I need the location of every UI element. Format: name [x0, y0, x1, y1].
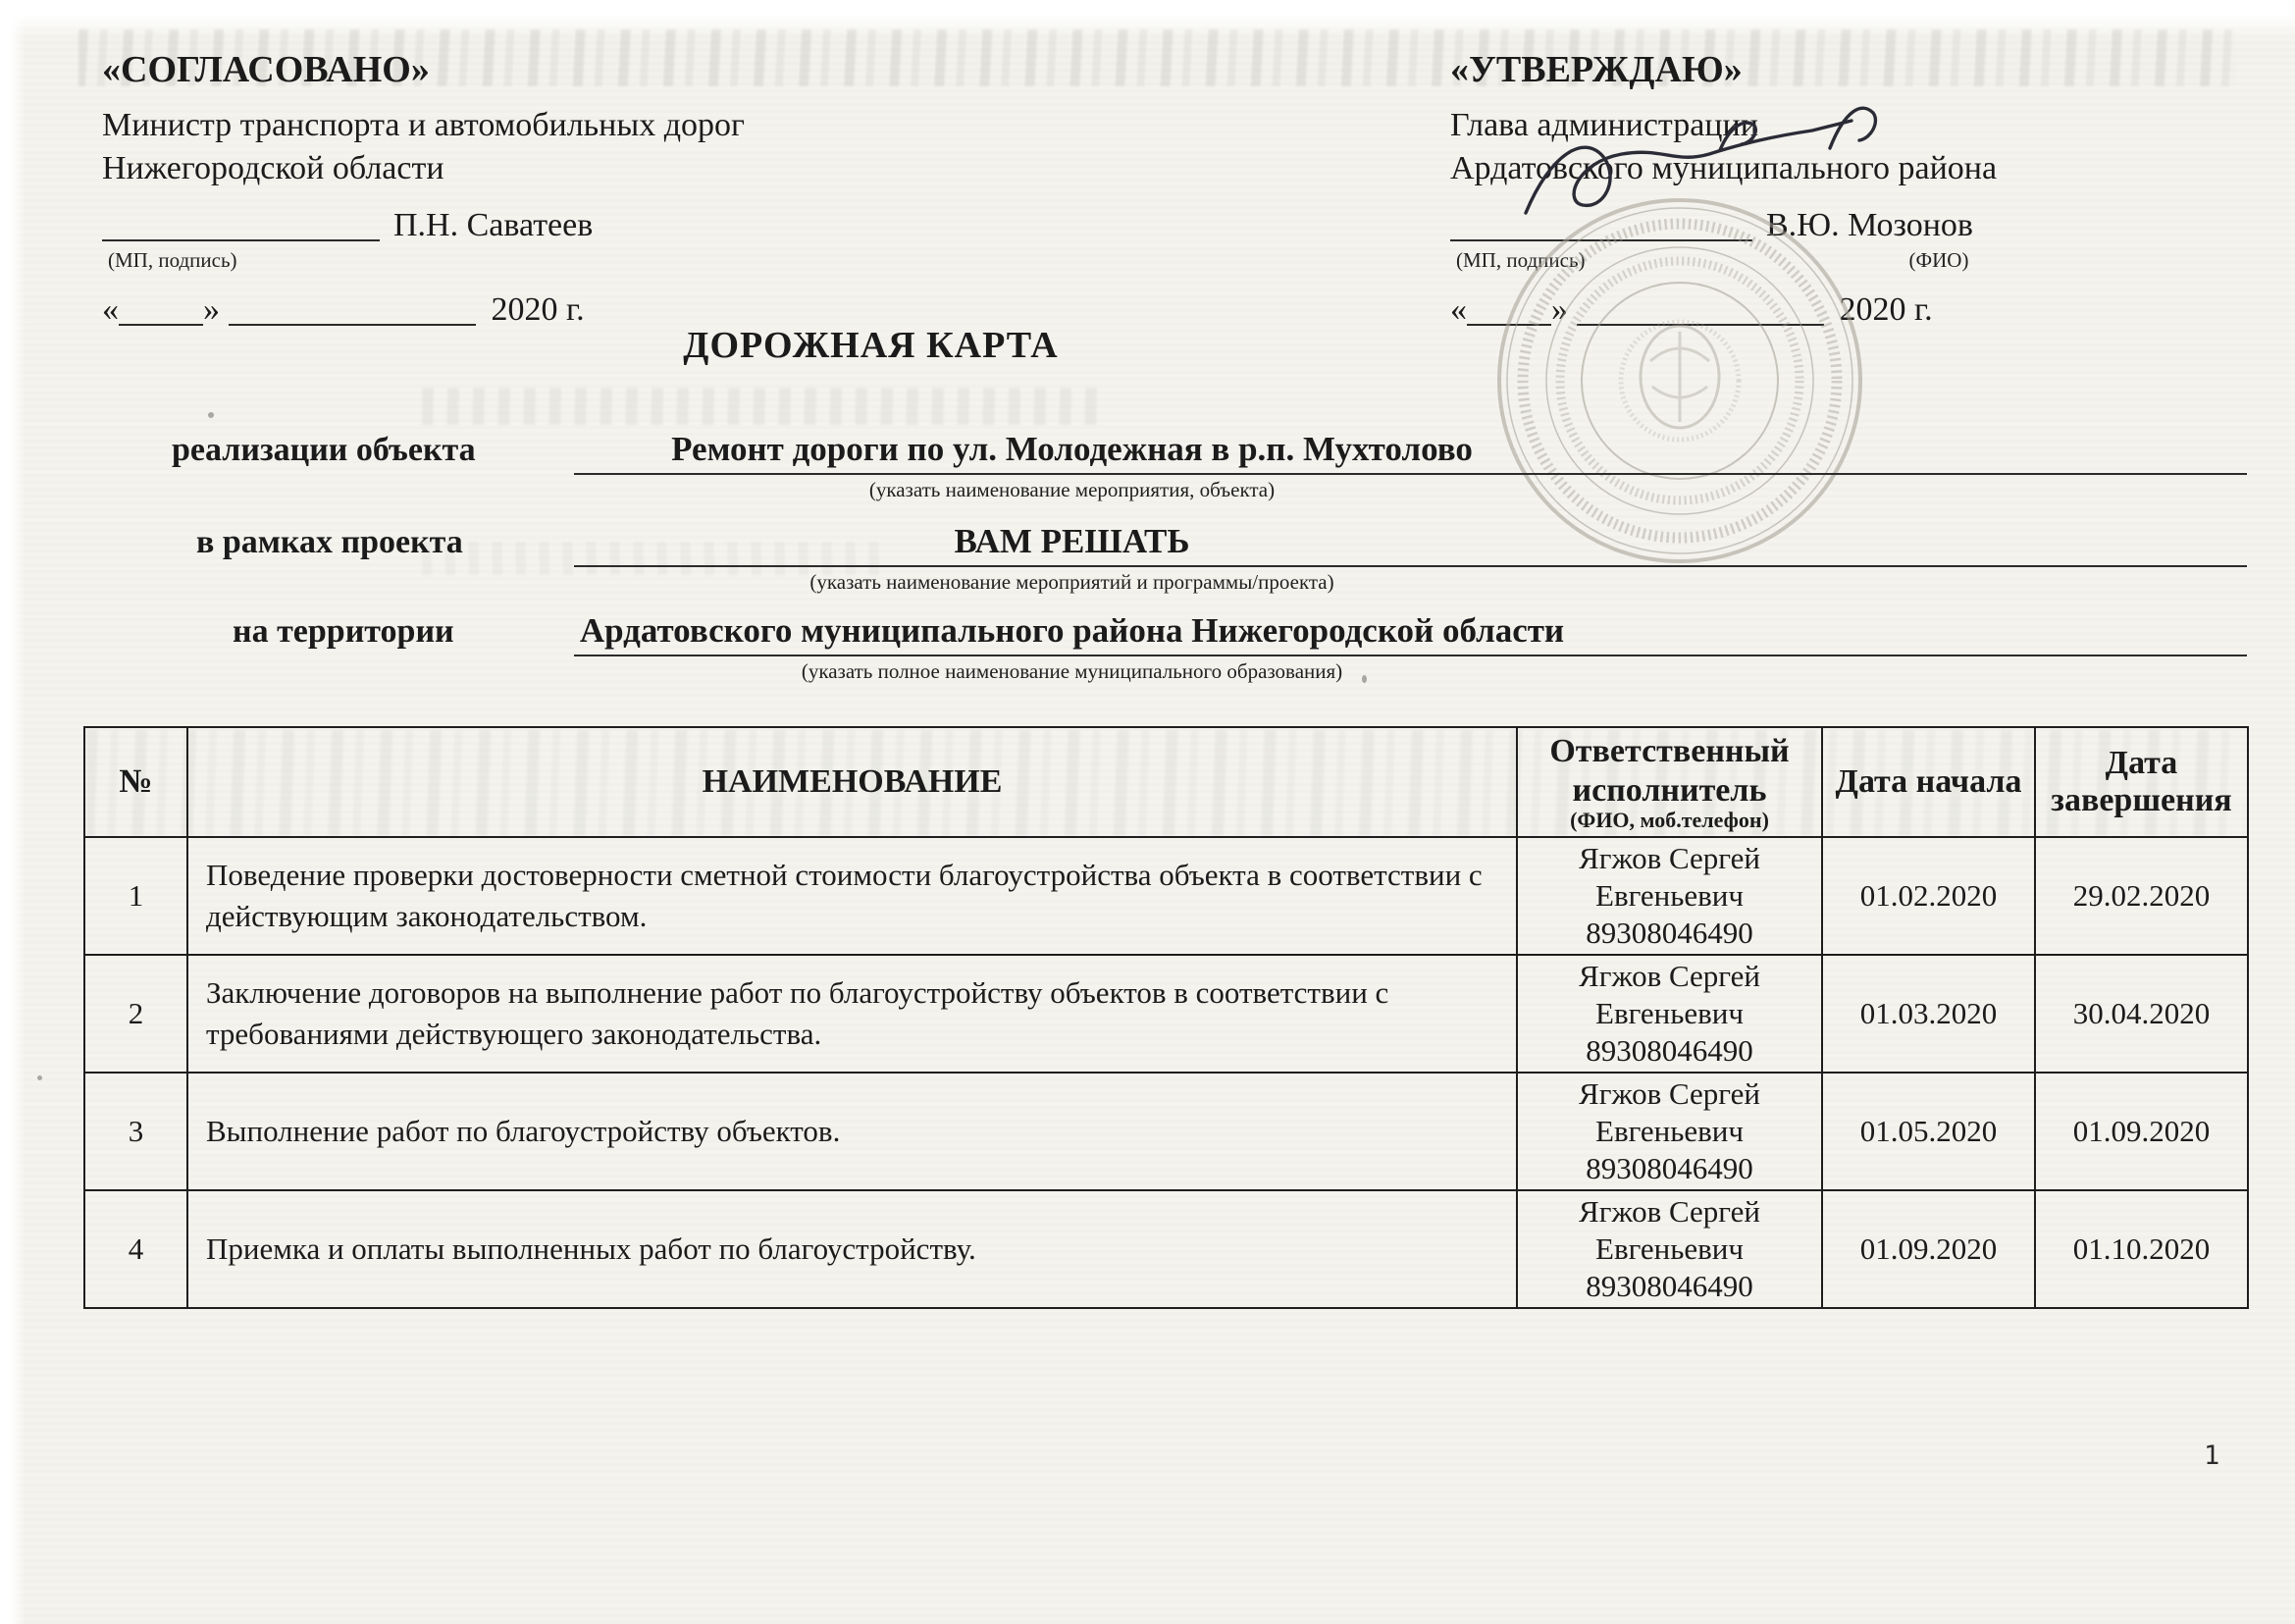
executor-name: Ягжов Сергей Евгеньевич — [1522, 1193, 1817, 1268]
approved-signer-name: В.Ю. Мозонов — [1766, 207, 1973, 243]
executor-phone: 89308046490 — [1522, 1032, 1817, 1070]
approval-block-agreed: «СОГЛАСОВАНО» Министр транспорта и автом… — [102, 47, 745, 332]
agreed-role-line2: Нижегородской области — [102, 147, 745, 190]
row-executor: Ягжов Сергей Евгеньевич89308046490 — [1517, 955, 1822, 1073]
executor-name: Ягжов Сергей Евгеньевич — [1522, 840, 1817, 915]
scan-speck — [208, 412, 214, 418]
header-executor: Ответственный исполнитель (ФИО, моб.теле… — [1517, 727, 1822, 837]
field-project: в рамках проекта ВАМ РЕШАТЬ (указать наи… — [0, 520, 2295, 597]
executor-phone: 89308046490 — [1522, 1268, 1817, 1305]
field-territory-label: на территории — [233, 613, 454, 651]
row-end-date: 29.02.2020 — [2035, 837, 2248, 955]
field-object-label: реализации объекта — [172, 432, 476, 469]
approved-year: 2020 г. — [1840, 291, 1933, 328]
signature-line — [102, 206, 380, 241]
approval-block-approved: «УТВЕРЖДАЮ» Глава администрации Ардатовс… — [1450, 47, 1997, 332]
approved-heading: «УТВЕРЖДАЮ» — [1450, 47, 1997, 92]
row-task-name: Выполнение работ по благоустройству объе… — [187, 1073, 1517, 1190]
field-territory-value: Ардатовского муниципального района Нижег… — [574, 609, 2247, 656]
field-project-value: ВАМ РЕШАТЬ — [574, 520, 2247, 567]
roadmap-table-body: 1Поведение проверки достоверности сметно… — [84, 837, 2248, 1308]
day-blank-line — [1467, 290, 1551, 326]
header-executor-sub: (ФИО, моб.телефон) — [1524, 809, 1815, 832]
approved-role-line2: Ардатовского муниципального района — [1450, 147, 1997, 190]
scan-speck — [37, 1075, 42, 1080]
executor-name: Ягжов Сергей Евгеньевич — [1522, 958, 1817, 1032]
row-end-date: 01.09.2020 — [2035, 1073, 2248, 1190]
open-quote: « — [102, 291, 119, 328]
field-object: реализации объекта Ремонт дороги по ул. … — [0, 428, 2295, 504]
row-start-date: 01.02.2020 — [1822, 837, 2035, 955]
agreed-heading: «СОГЛАСОВАНО» — [102, 47, 745, 92]
field-project-label: в рамках проекта — [196, 524, 463, 561]
row-number: 2 — [84, 955, 187, 1073]
month-blank-line — [229, 290, 476, 326]
row-task-name: Заключение договоров на выполнение работ… — [187, 955, 1517, 1073]
row-number: 4 — [84, 1190, 187, 1308]
agreed-role-line1: Министр транспорта и автомобильных дорог — [102, 104, 745, 147]
field-territory: на территории Ардатовского муниципальног… — [0, 609, 2295, 686]
row-end-date: 01.10.2020 — [2035, 1190, 2248, 1308]
roadmap-table-header: № НАИМЕНОВАНИЕ Ответственный исполнитель… — [84, 727, 2248, 837]
approved-role-line1: Глава администрации — [1450, 104, 1997, 147]
row-executor: Ягжов Сергей Евгеньевич89308046490 — [1517, 1073, 1822, 1190]
header-number: № — [84, 727, 187, 837]
field-object-value: Ремонт дороги по ул. Молодежная в р.п. М… — [574, 428, 2247, 475]
row-executor: Ягжов Сергей Евгеньевич89308046490 — [1517, 837, 1822, 955]
scan-noise-smudge — [422, 388, 1109, 425]
header-executor-main: Ответственный исполнитель — [1524, 732, 1815, 811]
field-object-caption: (указать наименование мероприятия, объек… — [574, 475, 2247, 504]
scanned-roadmap-document: «СОГЛАСОВАНО» Министр транспорта и автом… — [0, 0, 2295, 1624]
header-name: НАИМЕНОВАНИЕ — [187, 727, 1517, 837]
roadmap-table: № НАИМЕНОВАНИЕ Ответственный исполнитель… — [83, 726, 2249, 1309]
header-start-date: Дата начала — [1822, 727, 2035, 837]
row-start-date: 01.09.2020 — [1822, 1190, 2035, 1308]
approved-sign-caption: (МП, подпись) — [1456, 248, 1586, 272]
field-territory-caption: (указать полное наименование муниципальн… — [574, 656, 2247, 686]
row-start-date: 01.05.2020 — [1822, 1073, 2035, 1190]
agreed-sign-caption: (МП, подпись) — [108, 247, 745, 273]
row-executor: Ягжов Сергей Евгеньевич89308046490 — [1517, 1190, 1822, 1308]
document-title: ДОРОЖНАЯ КАРТА — [0, 324, 1742, 367]
close-quote: » — [1551, 291, 1568, 328]
row-start-date: 01.03.2020 — [1822, 955, 2035, 1073]
table-row: 2Заключение договоров на выполнение рабо… — [84, 955, 2248, 1073]
executor-phone: 89308046490 — [1522, 915, 1817, 952]
agreed-signature-row: П.Н. Саватеев — [102, 204, 745, 247]
close-quote: » — [203, 291, 220, 328]
table-row: 4Приемка и оплаты выполненных работ по б… — [84, 1190, 2248, 1308]
month-blank-line — [1577, 290, 1824, 326]
row-task-name: Поведение проверки достоверности сметной… — [187, 837, 1517, 955]
open-quote: « — [1450, 291, 1467, 328]
signature-line — [1450, 206, 1752, 241]
agreed-year: 2020 г. — [492, 291, 585, 328]
executor-name: Ягжов Сергей Евгеньевич — [1522, 1075, 1817, 1150]
row-task-name: Приемка и оплаты выполненных работ по бл… — [187, 1190, 1517, 1308]
page-number: 1 — [2204, 1441, 2219, 1471]
field-project-caption: (указать наименование мероприятий и прог… — [574, 567, 2247, 597]
approved-captions-row: (МП, подпись)(ФИО) — [1456, 247, 1997, 273]
row-number: 1 — [84, 837, 187, 955]
agreed-signer-name: П.Н. Саватеев — [393, 207, 593, 243]
table-row: 1Поведение проверки достоверности сметно… — [84, 837, 2248, 955]
row-end-date: 30.04.2020 — [2035, 955, 2248, 1073]
approved-fio-caption: (ФИО) — [1909, 247, 1969, 273]
header-end-date: Дата завершения — [2035, 727, 2248, 837]
row-number: 3 — [84, 1073, 187, 1190]
table-row: 3Выполнение работ по благоустройству объ… — [84, 1073, 2248, 1190]
executor-phone: 89308046490 — [1522, 1150, 1817, 1187]
day-blank-line — [119, 290, 203, 326]
approved-signature-row: В.Ю. Мозонов — [1450, 204, 1997, 247]
